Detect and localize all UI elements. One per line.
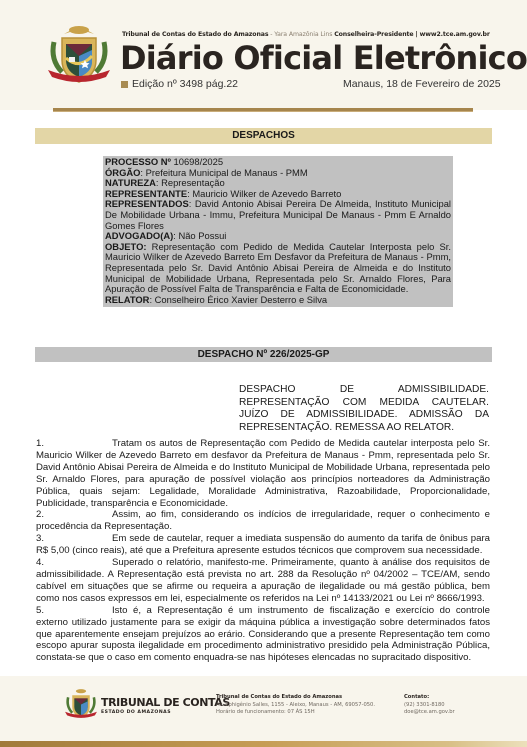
page-header: Tribunal de Contas do Estado do Amazonas…: [0, 0, 527, 110]
process-info-value: 10698/2025: [171, 156, 223, 167]
process-info-value: : Não Possui: [173, 230, 226, 241]
process-info-value: Representação com Pedido de Medida Caute…: [105, 241, 451, 294]
footer-brand: TRIBUNAL DE CONTAS: [101, 696, 230, 709]
opening-hours: Horário de funcionamento: 07 ÀS 15H: [216, 709, 375, 717]
footer-brand-sub: ESTADO DO AMAZONAS: [101, 710, 171, 715]
paragraph-number: 5.: [36, 605, 112, 617]
address-title: Tribunal de Contas do Estado do Amazonas: [216, 694, 375, 702]
page-title: Diário Oficial Eletrônico: [120, 39, 527, 77]
process-info-label: NATUREZA: [105, 177, 156, 188]
paragraph-number: 3.: [36, 533, 112, 545]
despacho-title: DESPACHO Nº 226/2025-GP: [35, 347, 492, 362]
edition-number: Edição nº 3498 pág.22: [132, 78, 238, 90]
president-title: Conselheira-Presidente: [334, 31, 413, 38]
publication-date: Manaus, 18 de Fevereiro de 2025: [343, 78, 501, 90]
paragraph-number: 4.: [36, 557, 112, 569]
process-info-line: RELATOR: Conselheiro Érico Xavier Dester…: [105, 295, 451, 306]
process-info-label: REPRESENTADOS: [105, 198, 189, 209]
process-info-value: : Prefeitura Municipal de Manaus - PMM: [140, 167, 307, 178]
despacho-ementa: DESPACHO DE ADMISSIBILIDADE. REPRESENTAÇ…: [239, 384, 489, 434]
despacho-paragraph: 2.Assim, ao fim, considerando os indício…: [36, 509, 490, 533]
process-info-value: : Conselheiro Érico Xavier Desterro e Si…: [149, 294, 327, 305]
process-info-line: REPRESENTADOS: David Antonio Abisai Pere…: [105, 199, 451, 231]
contact-title: Contato:: [404, 694, 455, 702]
square-bullet-icon: [121, 81, 128, 88]
header-institution-line: Tribunal de Contas do Estado do Amazonas…: [122, 31, 490, 38]
process-info-value: : Representação: [156, 177, 225, 188]
footer-gold-bar: [0, 741, 527, 747]
despacho-paragraph: 1.Tratam os autos de Representação com P…: [36, 438, 490, 509]
process-info-label: RELATOR: [105, 294, 149, 305]
contact-email[interactable]: doe@tce.am.gov.br: [404, 709, 455, 717]
institution-name: Tribunal de Contas do Estado do Amazonas: [122, 31, 268, 38]
tce-crest-icon: [63, 686, 99, 722]
contact-phone[interactable]: (92) 3301-8180: [404, 702, 455, 710]
tce-crest-icon: [44, 20, 114, 90]
despacho-body: 1.Tratam os autos de Representação com P…: [36, 438, 490, 664]
header-divider: [53, 108, 473, 112]
website-link[interactable]: | www2.tce.am.gov.br: [415, 31, 489, 38]
process-info-label: PROCESSO Nº: [105, 156, 171, 167]
despacho-paragraph: 4.Superado o relatório, manifesto-me. Pr…: [36, 557, 490, 605]
process-info-label: OBJETO:: [105, 241, 147, 252]
paragraph-number: 1.: [36, 438, 112, 450]
process-info-label: ÓRGÃO: [105, 167, 140, 178]
paragraph-number: 2.: [36, 509, 112, 521]
section-title: DESPACHOS: [35, 128, 492, 144]
process-info-label: REPRESENTANTE: [105, 188, 187, 199]
edition-info: Edição nº 3498 pág.22: [121, 78, 238, 90]
footer-contact: Contato: (92) 3301-8180 doe@tce.am.gov.b…: [404, 694, 455, 717]
process-info-label: ADVOGADO(A): [105, 230, 173, 241]
president-name: Yara Amazônia Lins: [274, 31, 332, 38]
page-footer: TRIBUNAL DE CONTAS ESTADO DO AMAZONAS Tr…: [0, 676, 527, 747]
process-info-value: : Mauricio Wilker de Azevedo Barreto: [187, 188, 341, 199]
despacho-paragraph: 5.Isto é, a Representação é um instrumen…: [36, 605, 490, 665]
process-info-line: OBJETO: Representação com Pedido de Medi…: [105, 242, 451, 295]
process-info-box: PROCESSO Nº 10698/2025ÓRGÃO: Prefeitura …: [103, 156, 453, 307]
footer-address: Tribunal de Contas do Estado do Amazonas…: [216, 694, 375, 717]
despacho-paragraph: 3.Em sede de cautelar, requer a imediata…: [36, 533, 490, 557]
